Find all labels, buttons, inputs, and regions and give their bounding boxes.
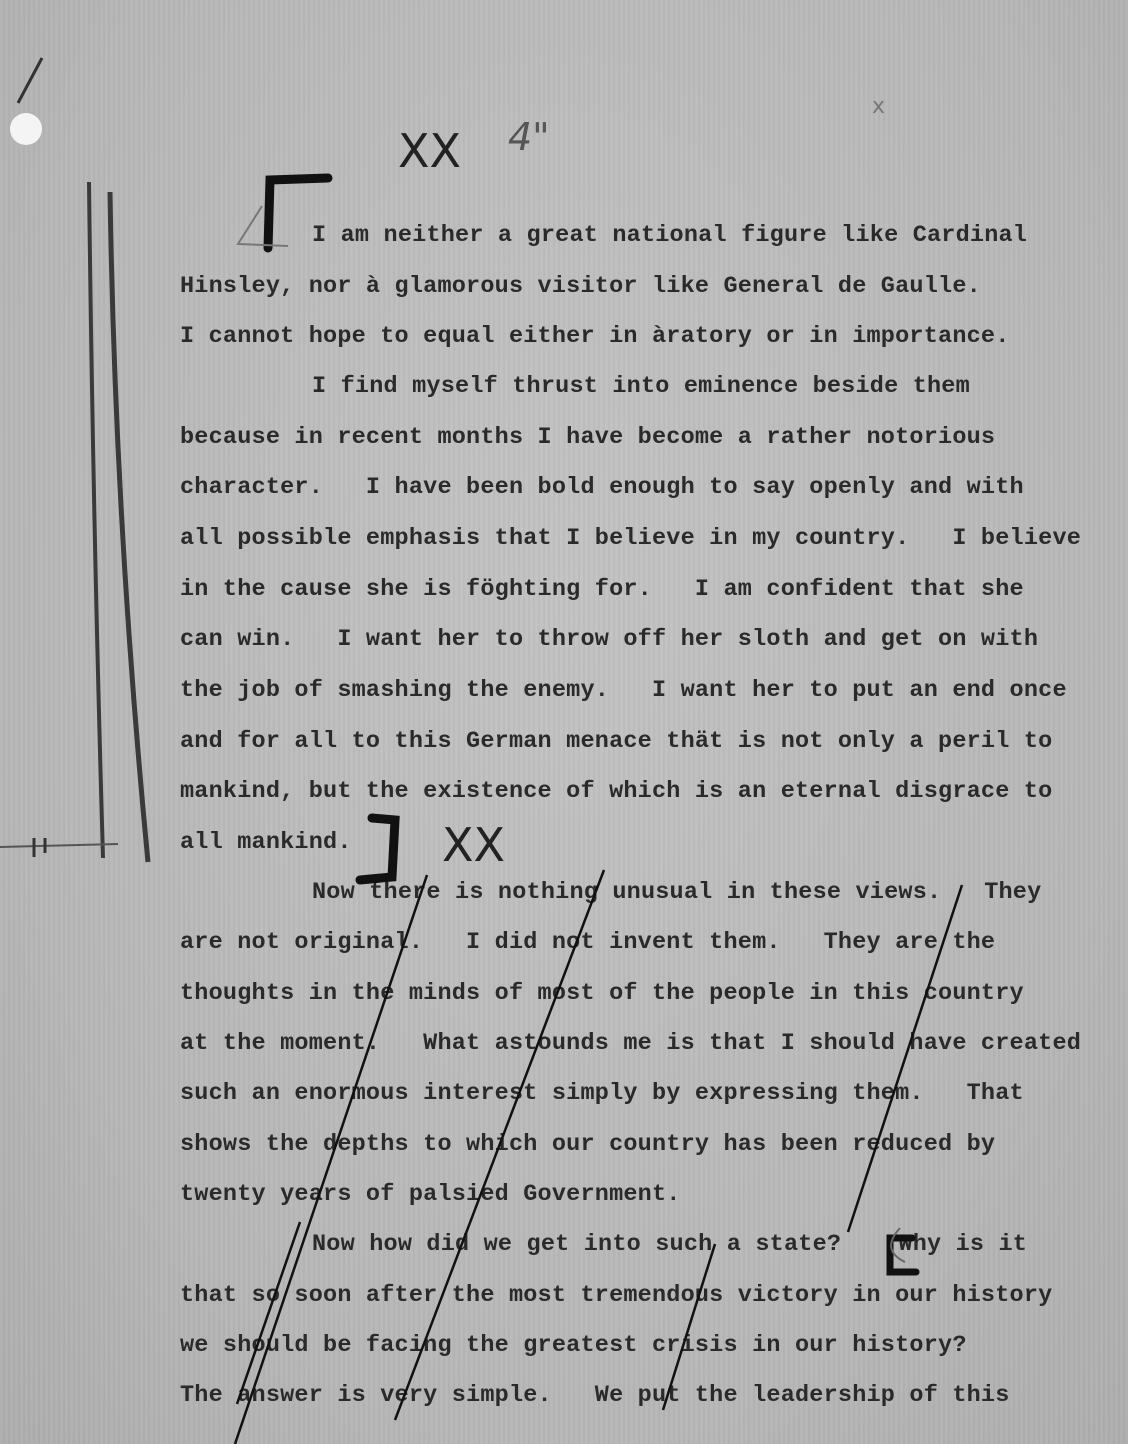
strike-marks-lower (0, 0, 1128, 1444)
strike-through-line-icon (237, 1222, 300, 1404)
strike-through-line-icon (663, 1244, 715, 1410)
document-page: XX 4" x XX I am neither a great national… (0, 0, 1128, 1444)
